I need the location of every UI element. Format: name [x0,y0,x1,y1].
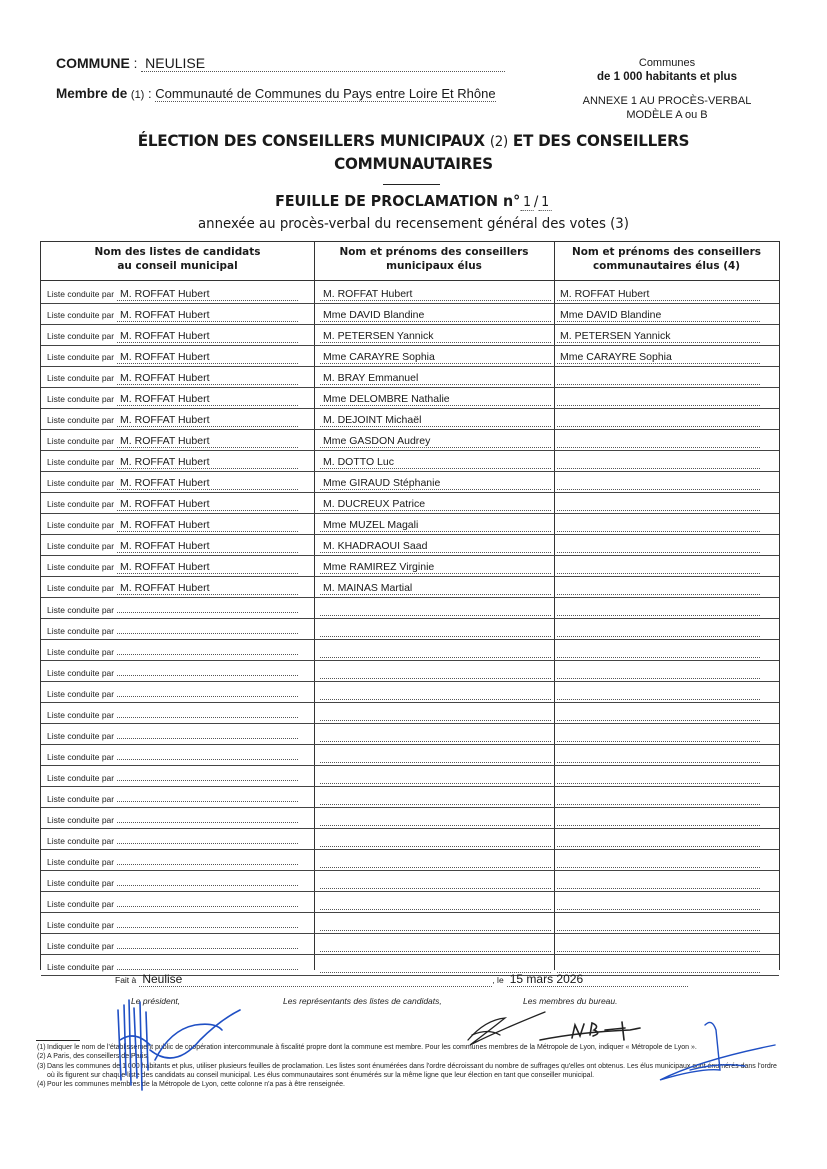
document-title: ÉLECTION DES CONSEILLERS MUNICIPAUX (2) … [59,130,769,175]
cell-municipal: M. DOTTO Luc [320,456,551,469]
signature-label-president: Le président, [131,996,180,1006]
row-prefix: Liste conduite par [47,920,114,930]
cell-municipal [320,720,551,721]
commune-value: NEULISE [141,55,505,72]
row-prefix: Liste conduite par [47,352,114,362]
table-row: Liste conduite par M. ROFFAT HubertMme C… [41,346,779,367]
fait-date: 15 mars 2026 [507,972,688,987]
liste-leader [117,801,298,802]
cell-liste: Liste conduite par M. ROFFAT Hubert [47,414,313,427]
table-row: Liste conduite par M. ROFFAT HubertMme G… [41,472,779,493]
table-row: Liste conduite par [41,808,779,829]
cell-liste: Liste conduite par [47,940,313,952]
liste-leader [117,654,298,655]
cell-municipal [320,699,551,700]
title-divider [383,184,440,185]
cell-liste: Liste conduite par M. ROFFAT Hubert [47,351,313,364]
cell-municipal [320,825,551,826]
cell-communautaire [557,867,760,868]
liste-leader [117,717,298,718]
commune-line: COMMUNE : NEULISE [56,55,516,72]
bureau-signature-icon [540,1022,640,1040]
liste-leader: M. ROFFAT Hubert [117,414,298,427]
title-part-a: ÉLECTION DES CONSEILLERS MUNICIPAUX [138,131,485,150]
column-header-listes: Nom des listes de candidats au conseil m… [48,245,307,273]
cell-liste: Liste conduite par [47,667,313,679]
feuille-label: FEUILLE DE PROCLAMATION n° [275,192,520,210]
cell-communautaire [557,573,760,574]
title-part-b: ET DES CONSEILLERS [513,131,689,150]
table-row: Liste conduite par M. ROFFAT HubertM. DE… [41,409,779,430]
cell-communautaire [557,930,760,931]
row-prefix: Liste conduite par [47,457,114,467]
cell-municipal: Mme DELOMBRE Nathalie [320,393,551,406]
cell-communautaire [557,405,760,406]
cell-communautaire [557,531,760,532]
cell-communautaire [557,447,760,448]
table-row: Liste conduite par M. ROFFAT HubertM. KH… [41,535,779,556]
row-prefix: Liste conduite par [47,583,114,593]
cell-liste: Liste conduite par [47,730,313,742]
cell-liste: Liste conduite par M. ROFFAT Hubert [47,309,313,322]
cell-communautaire [557,741,760,742]
cell-municipal [320,615,551,616]
cell-communautaire [557,552,760,553]
representant-signature-icon [468,1012,545,1045]
feuille-title: FEUILLE DE PROCLAMATION n°1/1 [59,192,769,210]
cell-municipal [320,783,551,784]
cell-liste: Liste conduite par M. ROFFAT Hubert [47,540,313,553]
scope-line-2: de 1 000 habitants et plus [562,70,772,84]
cell-liste: Liste conduite par [47,709,313,721]
liste-leader: M. ROFFAT Hubert [117,456,298,469]
cell-municipal [320,846,551,847]
cell-communautaire [557,783,760,784]
table-row: Liste conduite par M. ROFFAT HubertM. DU… [41,493,779,514]
table-header: Nom des listes de candidats au conseil m… [41,242,779,281]
liste-leader [117,633,298,634]
row-prefix: Liste conduite par [47,520,114,530]
cell-municipal: M. MAINAS Martial [320,582,551,595]
table-row: Liste conduite par [41,703,779,724]
cell-municipal: M. KHADRAOUI Saad [320,540,551,553]
table-row: Liste conduite par [41,619,779,640]
row-prefix: Liste conduite par [47,731,114,741]
cell-communautaire [557,468,760,469]
row-prefix: Liste conduite par [47,478,114,488]
liste-leader [117,843,298,844]
annexee-subtitle: annexée au procès-verbal du recensement … [59,216,769,232]
cell-liste: Liste conduite par M. ROFFAT Hubert [47,330,313,343]
date-prefix: , le [492,975,503,985]
liste-leader: M. ROFFAT Hubert [117,330,298,343]
column-header-line: Nom et prénoms des conseillers [320,245,548,259]
cell-municipal [320,804,551,805]
table-row: Liste conduite par [41,766,779,787]
table-row: Liste conduite par [41,871,779,892]
liste-leader: M. ROFFAT Hubert [117,288,298,301]
footnote-number: (4) [37,1080,47,1089]
liste-leader: M. ROFFAT Hubert [117,351,298,364]
table-row: Liste conduite par [41,913,779,934]
cell-liste: Liste conduite par [47,646,313,658]
table-row: Liste conduite par [41,598,779,619]
liste-leader: M. ROFFAT Hubert [117,519,298,532]
cell-liste: Liste conduite par [47,688,313,700]
liste-leader: M. ROFFAT Hubert [117,498,298,511]
cell-liste: Liste conduite par [47,835,313,847]
footnote-text: Indiquer le nom de l'établissement publi… [47,1043,782,1052]
table-row: Liste conduite par M. ROFFAT HubertMme R… [41,556,779,577]
table-row: Liste conduite par M. ROFFAT HubertM. DO… [41,451,779,472]
footnote-item: (4)Pour les communes membres de la Métro… [37,1080,782,1089]
cell-liste: Liste conduite par [47,604,313,616]
footnote-number: (1) [37,1043,47,1052]
cell-communautaire: M. PETERSEN Yannick [557,330,760,343]
cell-communautaire [557,846,760,847]
table-row: Liste conduite par [41,682,779,703]
cell-communautaire [557,678,760,679]
liste-leader [117,822,298,823]
footnote-divider [36,1040,80,1041]
liste-leader [117,948,298,949]
liste-leader [117,696,298,697]
signature-label-membres: Les membres du bureau. [523,996,618,1006]
row-prefix: Liste conduite par [47,310,114,320]
cell-municipal [320,930,551,931]
cell-municipal [320,678,551,679]
row-prefix: Liste conduite par [47,373,114,383]
row-prefix: Liste conduite par [47,815,114,825]
footnote-number: (2) [37,1052,47,1061]
proclamation-table: Nom des listes de candidats au conseil m… [40,241,780,970]
liste-leader: M. ROFFAT Hubert [117,477,298,490]
footnote-item: (1)Indiquer le nom de l'établissement pu… [37,1043,782,1052]
row-prefix: Liste conduite par [47,562,114,572]
cell-communautaire [557,657,760,658]
cell-communautaire [557,384,760,385]
table-row: Liste conduite par [41,934,779,955]
row-prefix: Liste conduite par [47,626,114,636]
table-row: Liste conduite par [41,892,779,913]
title-line-2: COMMUNAUTAIRES [59,153,769,175]
cell-liste: Liste conduite par M. ROFFAT Hubert [47,393,313,406]
annex-line-1: ANNEXE 1 AU PROCÈS-VERBAL [562,94,772,108]
footnote-number: (3) [37,1062,47,1081]
annex-line-2: MODÈLE A ou B [562,108,772,122]
cell-communautaire [557,426,760,427]
cell-liste: Liste conduite par M. ROFFAT Hubert [47,456,313,469]
fait-prefix: Fait à [115,975,136,985]
footnote-item: (2)A Paris, des conseillers de Paris. [37,1052,782,1061]
liste-leader [117,885,298,886]
cell-communautaire [557,489,760,490]
table-row: Liste conduite par [41,829,779,850]
cell-communautaire [557,804,760,805]
cell-municipal [320,762,551,763]
cell-municipal [320,951,551,952]
title-ref: (2) [490,134,508,150]
row-prefix: Liste conduite par [47,857,114,867]
footnote-item: (3)Dans les communes de 1 000 habitants … [37,1062,782,1081]
row-prefix: Liste conduite par [47,710,114,720]
cell-liste: Liste conduite par [47,814,313,826]
cell-municipal [320,888,551,889]
cell-municipal [320,741,551,742]
cell-liste: Liste conduite par [47,877,313,889]
cell-municipal: M. DUCREUX Patrice [320,498,551,511]
cell-liste: Liste conduite par [47,793,313,805]
table-row: Liste conduite par [41,745,779,766]
table-row: Liste conduite par M. ROFFAT HubertM. RO… [41,283,779,304]
liste-leader: M. ROFFAT Hubert [117,435,298,448]
liste-leader: M. ROFFAT Hubert [117,372,298,385]
cell-communautaire [557,594,760,595]
liste-leader [117,969,298,970]
membre-ref: (1) [131,89,144,101]
cell-liste: Liste conduite par M. ROFFAT Hubert [47,435,313,448]
table-row: Liste conduite par M. ROFFAT HubertMme G… [41,430,779,451]
cell-communautaire [557,888,760,889]
row-prefix: Liste conduite par [47,605,114,615]
table-row: Liste conduite par [41,850,779,871]
column-header-line: Nom et prénoms des conseillers [560,245,774,259]
liste-leader [117,759,298,760]
cell-municipal: M. DEJOINT Michaël [320,414,551,427]
cell-liste: Liste conduite par [47,751,313,763]
liste-leader: M. ROFFAT Hubert [117,540,298,553]
liste-leader: M. ROFFAT Hubert [117,561,298,574]
liste-leader [117,927,298,928]
table-row: Liste conduite par M. ROFFAT HubertM. PE… [41,325,779,346]
row-prefix: Liste conduite par [47,499,114,509]
cell-communautaire [557,825,760,826]
cell-liste: Liste conduite par [47,856,313,868]
cell-municipal: Mme MUZEL Magali [320,519,551,532]
cell-municipal: M. ROFFAT Hubert [320,288,551,301]
cell-communautaire [557,510,760,511]
row-prefix: Liste conduite par [47,394,114,404]
table-row: Liste conduite par [41,661,779,682]
column-header-line: municipaux élus [320,259,548,273]
row-prefix: Liste conduite par [47,794,114,804]
row-prefix: Liste conduite par [47,668,114,678]
scope-line-1: Communes [562,56,772,70]
table-row: Liste conduite par M. ROFFAT HubertMme D… [41,304,779,325]
column-header-line: communautaires élus (4) [560,259,774,273]
cell-municipal: Mme CARAYRE Sophia [320,351,551,364]
liste-leader: M. ROFFAT Hubert [117,309,298,322]
row-prefix: Liste conduite par [47,962,114,972]
liste-leader: M. ROFFAT Hubert [117,393,298,406]
cell-municipal [320,867,551,868]
table-row: Liste conduite par M. ROFFAT HubertMme M… [41,514,779,535]
table-row: Liste conduite par [41,640,779,661]
form-scope-block: Communes de 1 000 habitants et plus ANNE… [562,56,772,122]
row-prefix: Liste conduite par [47,773,114,783]
row-prefix: Liste conduite par [47,836,114,846]
cell-liste: Liste conduite par [47,772,313,784]
row-prefix: Liste conduite par [47,436,114,446]
cell-communautaire [557,615,760,616]
table-row: Liste conduite par M. ROFFAT HubertM. BR… [41,367,779,388]
cell-communautaire [557,720,760,721]
row-prefix: Liste conduite par [47,752,114,762]
column-header-line: au conseil municipal [48,259,307,273]
table-row: Liste conduite par [41,724,779,745]
cell-communautaire [557,762,760,763]
fait-lieu: Neulise [139,972,492,987]
cell-liste: Liste conduite par [47,625,313,637]
table-row: Liste conduite par M. ROFFAT HubertMme D… [41,388,779,409]
footnotes: (1)Indiquer le nom de l'établissement pu… [37,1043,782,1089]
liste-leader [117,780,298,781]
cell-communautaire [557,951,760,952]
cell-liste: Liste conduite par M. ROFFAT Hubert [47,372,313,385]
row-prefix: Liste conduite par [47,899,114,909]
signature-label-representants: Les représentants des listes de candidat… [283,996,442,1006]
cell-communautaire: Mme DAVID Blandine [557,309,760,322]
cell-communautaire: M. ROFFAT Hubert [557,288,760,301]
row-prefix: Liste conduite par [47,941,114,951]
cell-municipal: Mme GASDON Audrey [320,435,551,448]
row-prefix: Liste conduite par [47,689,114,699]
cell-municipal [320,657,551,658]
row-prefix: Liste conduite par [47,289,114,299]
column-header-line: Nom des listes de candidats [48,245,307,259]
cell-liste: Liste conduite par [47,898,313,910]
row-prefix: Liste conduite par [47,541,114,551]
footnote-text: A Paris, des conseillers de Paris. [47,1052,782,1061]
feuille-number: 1 [520,195,534,211]
cell-communautaire [557,636,760,637]
commune-label: COMMUNE [56,55,130,71]
cell-liste: Liste conduite par M. ROFFAT Hubert [47,561,313,574]
membre-value: Communauté de Communes du Pays entre Loi… [155,86,495,102]
liste-leader [117,675,298,676]
membre-label: Membre de [56,86,127,101]
fait-line: Fait à Neulise, le 15 mars 2026 [115,972,775,987]
cell-municipal [320,909,551,910]
footnote-text: Dans les communes de 1 000 habitants et … [47,1062,782,1081]
table-row: Liste conduite par [41,787,779,808]
footnote-text: Pour les communes membres de la Métropol… [47,1080,782,1089]
cell-municipal: M. PETERSEN Yannick [320,330,551,343]
cell-municipal: Mme GIRAUD Stéphanie [320,477,551,490]
cell-communautaire [557,909,760,910]
cell-communautaire [557,699,760,700]
liste-leader: M. ROFFAT Hubert [117,582,298,595]
liste-leader [117,864,298,865]
row-prefix: Liste conduite par [47,647,114,657]
liste-leader [117,612,298,613]
column-header-communautaires: Nom et prénoms des conseillers communaut… [560,245,774,273]
cell-liste: Liste conduite par M. ROFFAT Hubert [47,582,313,595]
cell-liste: Liste conduite par M. ROFFAT Hubert [47,288,313,301]
cell-liste: Liste conduite par M. ROFFAT Hubert [47,519,313,532]
row-prefix: Liste conduite par [47,331,114,341]
cell-municipal: Mme DAVID Blandine [320,309,551,322]
feuille-total: 1 [538,195,552,211]
table-row: Liste conduite par M. ROFFAT HubertM. MA… [41,577,779,598]
cell-municipal: Mme RAMIREZ Virginie [320,561,551,574]
row-prefix: Liste conduite par [47,878,114,888]
row-prefix: Liste conduite par [47,415,114,425]
cell-liste: Liste conduite par M. ROFFAT Hubert [47,477,313,490]
liste-leader [117,738,298,739]
cell-communautaire: Mme CARAYRE Sophia [557,351,760,364]
liste-leader [117,906,298,907]
column-header-municipaux: Nom et prénoms des conseillers municipau… [320,245,548,273]
cell-liste: Liste conduite par [47,919,313,931]
cell-liste: Liste conduite par M. ROFFAT Hubert [47,498,313,511]
cell-municipal [320,636,551,637]
membre-line: Membre de (1) : Communauté de Communes d… [56,86,526,101]
cell-municipal: M. BRAY Emmanuel [320,372,551,385]
